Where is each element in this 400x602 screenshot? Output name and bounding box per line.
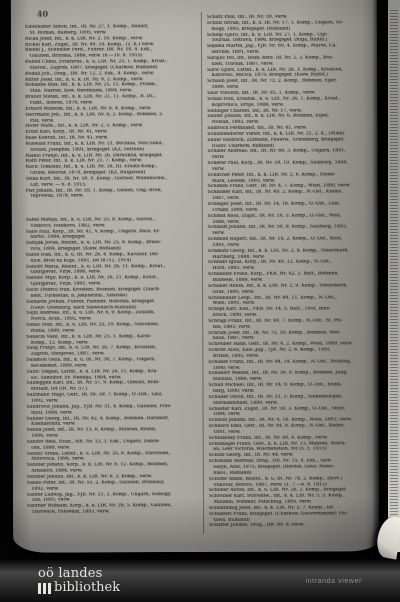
document-viewer: 40 Eibelhuber Anton, Inf., IR. Nr. 27, 1… [0, 0, 400, 602]
three-bars-icon [38, 583, 51, 594]
scan-text-line: Schäffer Johann, Drag., DR. Nr. 9, verw. [209, 523, 377, 530]
scan-text-line: Schuber Franz, Inf., IR. Nr. 84, 14. Kom… [208, 359, 376, 366]
book-page: 40 Eibelhuber Anton, Inf., IR. Nr. 27, 1… [11, 0, 379, 553]
right-text-column: Schatz Paul, Inf., IR. Nr. 59, verw.Scho… [207, 14, 377, 539]
logo-text-line2: bibliothek [54, 581, 120, 595]
scan-text-line: Tiszowice, Polowkin, 1893, verw. [27, 509, 203, 516]
scanned-page-canvas[interactable]: 40 Eibelhuber Anton, Inf., IR. Nr. 27, 1… [0, 0, 400, 560]
viewer-footer-bar: oö landes bibliothek intranda viewer [0, 560, 400, 602]
viewer-attribution-link[interactable]: intranda viewer [306, 578, 362, 585]
left-text-column: Eibelhuber Anton, Inf., IR. Nr. 27, 1. K… [25, 24, 203, 537]
logo-text-line1: oö landes [38, 567, 120, 581]
library-logo[interactable]: oö landes bibliothek [38, 567, 120, 595]
facing-page-edge [388, 0, 400, 552]
page-number: 40 [37, 9, 48, 19]
